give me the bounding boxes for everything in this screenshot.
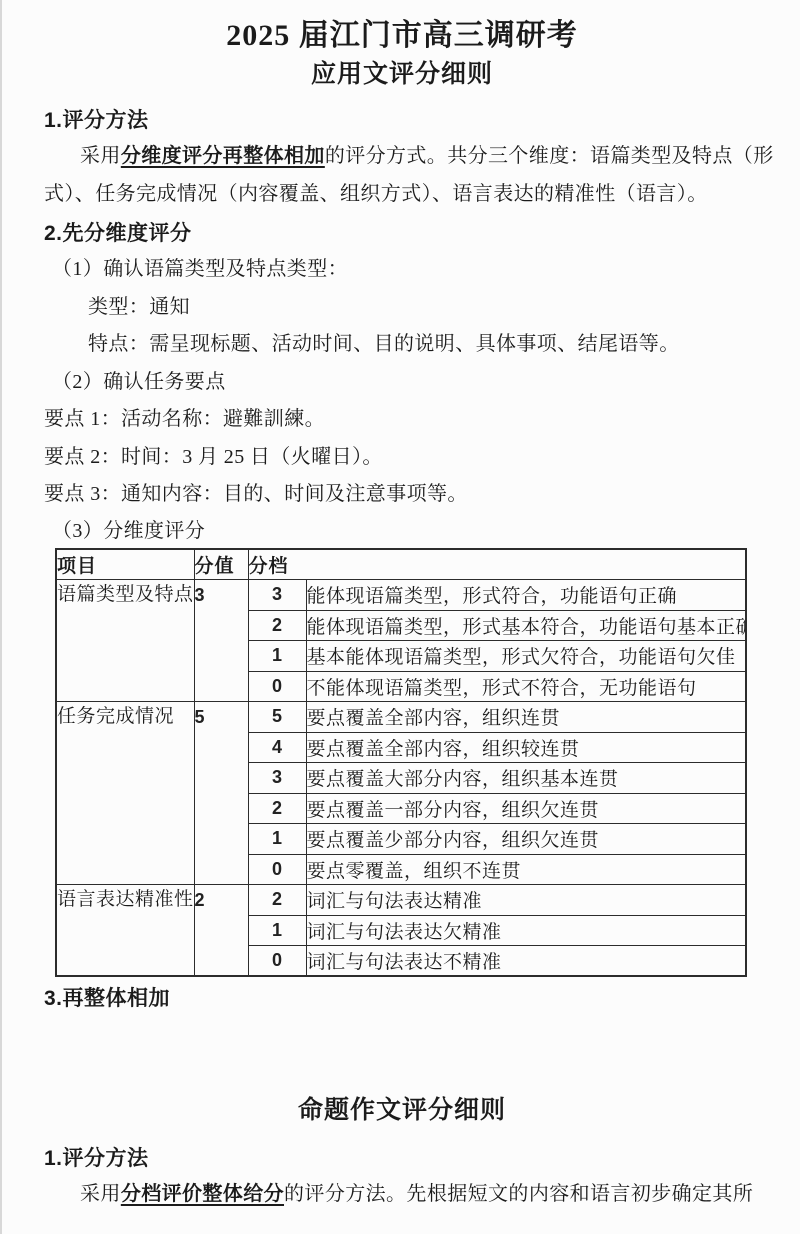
- band-value: 0: [248, 946, 306, 977]
- band-desc: 要点覆盖一部分内容，组织欠连贯: [306, 793, 746, 824]
- band-desc: 不能体现语篇类型，形式不符合，无功能语句: [306, 671, 746, 702]
- doc2-para-emphasis-underlined: 分档评价整体给分: [121, 1183, 284, 1205]
- heading-scoring-method-2: 1.评分方法: [44, 1142, 760, 1176]
- task-point-2: 要点 2：时间：3 月 25 日（火曜日）。: [44, 439, 760, 477]
- score-discourse-type: 3: [194, 580, 248, 702]
- band-desc: 要点零覆盖，组织不连贯: [306, 854, 746, 885]
- band-value: 0: [248, 671, 306, 702]
- doc1-title: 2025 届江门市高三调研考: [44, 16, 760, 56]
- para-prefix: 采用: [80, 145, 121, 167]
- table-row: 语篇类型及特点 3 3 能体现语篇类型，形式符合，功能语句正确: [56, 580, 746, 611]
- doc2-title: 命题作文评分细则: [44, 1092, 760, 1130]
- header-item: 项目: [56, 549, 194, 580]
- item-discourse-type: 语篇类型及特点: [56, 580, 194, 702]
- band-desc: 能体现语篇类型，形式符合，功能语句正确: [306, 580, 746, 611]
- band-desc: 要点覆盖全部内容，组织连贯: [306, 702, 746, 733]
- feature-line: 特点：需呈现标题、活动时间、目的说明、具体事项、结尾语等。: [44, 326, 760, 364]
- header-band: 分档: [248, 549, 746, 580]
- heading-dimension-scoring: 2.先分维度评分: [44, 217, 760, 251]
- heading-scoring-method-1: 1.评分方法: [44, 104, 760, 138]
- band-value: 2: [248, 610, 306, 641]
- list-item-3: （3）分维度评分: [44, 514, 760, 548]
- band-value: 3: [248, 763, 306, 794]
- item-task-completion: 任务完成情况: [56, 702, 194, 885]
- doc2-para-prefix: 采用: [80, 1183, 121, 1205]
- task-point-3: 要点 3：通知内容：目的、时间及注意事项等。: [44, 476, 760, 514]
- paragraph-method-line2: 式）、任务完成情况（内容覆盖、组织方式）、语言表达的精准性（语言）。: [44, 176, 760, 214]
- table-row: 任务完成情况 5 5 要点覆盖全部内容，组织连贯: [56, 702, 746, 733]
- paragraph-method-line1: 采用分维度评分再整体相加的评分方式。共分三个维度：语篇类型及特点（形: [44, 138, 760, 176]
- doc2-para-rest: 的评分方法。先根据短文的内容和语言初步确定其所: [284, 1183, 753, 1205]
- band-desc: 能体现语篇类型，形式基本符合，功能语句基本正确: [306, 610, 746, 641]
- task-point-1: 要点 1：活动名称：避難訓練。: [44, 401, 760, 439]
- band-value: 3: [248, 580, 306, 611]
- band-desc: 基本能体现语篇类型，形式欠符合，功能语句欠佳: [306, 641, 746, 672]
- band-value: 0: [248, 854, 306, 885]
- table-row: 语言表达精准性 2 2 词汇与句法表达精准: [56, 885, 746, 916]
- band-desc: 要点覆盖全部内容，组织较连贯: [306, 732, 746, 763]
- heading-total-sum: 3.再整体相加: [44, 982, 760, 1016]
- scoring-rubric-table: 项目 分值 分档 语篇类型及特点 3 3 能体现语篇类型，形式符合，功能语句正确…: [55, 548, 747, 978]
- doc2-paragraph-line1: 采用分档评价整体给分的评分方法。先根据短文的内容和语言初步确定其所: [44, 1176, 760, 1214]
- band-desc: 要点覆盖少部分内容，组织欠连贯: [306, 824, 746, 855]
- doc1-subtitle: 应用文评分细则: [44, 56, 760, 94]
- band-value: 1: [248, 641, 306, 672]
- band-value: 1: [248, 915, 306, 946]
- item-language-precision: 语言表达精准性: [56, 885, 194, 977]
- band-desc: 词汇与句法表达欠精准: [306, 915, 746, 946]
- list-item-2: （2）确认任务要点: [44, 364, 760, 402]
- band-value: 2: [248, 885, 306, 916]
- header-score: 分值: [194, 549, 248, 580]
- band-value: 4: [248, 732, 306, 763]
- score-language-precision: 2: [194, 885, 248, 977]
- type-line: 类型：通知: [44, 289, 760, 327]
- band-value: 5: [248, 702, 306, 733]
- para-emphasis-underlined: 分维度评分再整体相加: [121, 145, 325, 167]
- band-value: 2: [248, 793, 306, 824]
- band-desc: 要点覆盖大部分内容，组织基本连贯: [306, 763, 746, 794]
- score-task-completion: 5: [194, 702, 248, 885]
- list-item-1: （1）确认语篇类型及特点类型：: [44, 251, 760, 289]
- table-header-row: 项目 分值 分档: [56, 549, 746, 580]
- band-desc: 词汇与句法表达不精准: [306, 946, 746, 977]
- para-line1-rest: 的评分方式。共分三个维度：语篇类型及特点（形: [325, 145, 774, 167]
- band-desc: 词汇与句法表达精准: [306, 885, 746, 916]
- document-page: 2025 届江门市高三调研考 应用文评分细则 1.评分方法 采用分维度评分再整体…: [0, 0, 800, 1234]
- band-value: 1: [248, 824, 306, 855]
